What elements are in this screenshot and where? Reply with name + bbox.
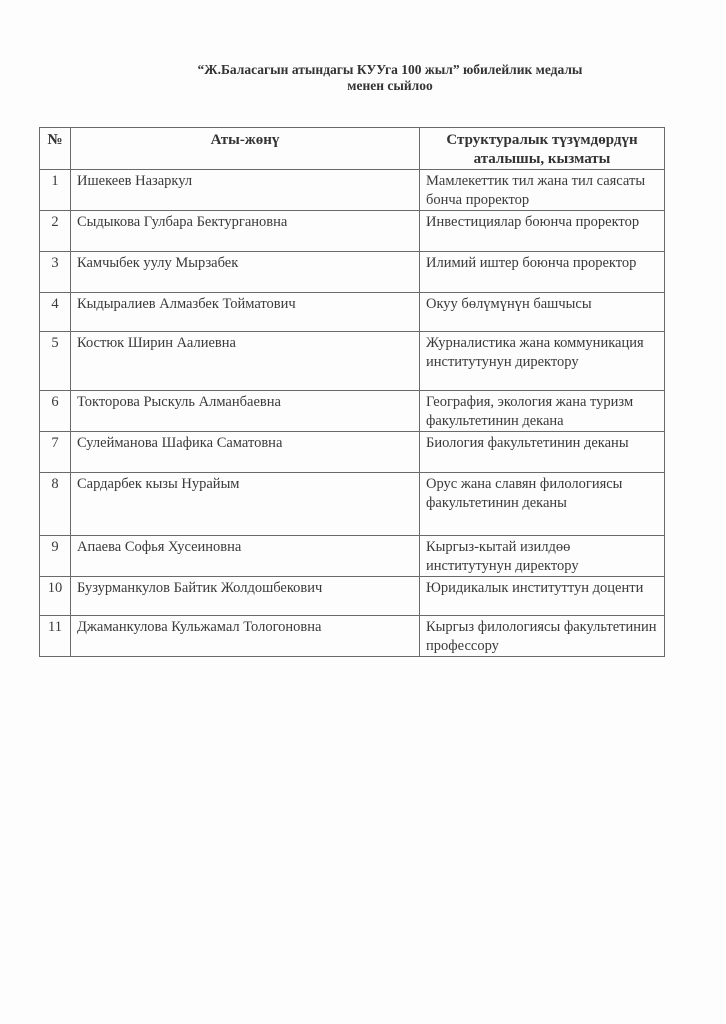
row-number: 10 [40, 577, 71, 616]
row-position: Мамлекеттик тил жана тил саясаты бонча п… [420, 170, 665, 211]
table-row: 6Токторова Рыскуль АлманбаевнаГеография,… [40, 391, 665, 432]
row-full-name: Апаева Софья Хусеиновна [71, 536, 420, 577]
table-row: 1Ишекеев НазаркулМамлекеттик тил жана ти… [40, 170, 665, 211]
row-full-name: Костюк Ширин Аалиевна [71, 332, 420, 391]
table-row: 2Сыдыкова Гулбара БектургановнаИнвестици… [40, 211, 665, 252]
row-full-name: Кыдыралиев Алмазбек Тойматович [71, 293, 420, 332]
row-number: 5 [40, 332, 71, 391]
row-full-name: Токторова Рыскуль Алманбаевна [71, 391, 420, 432]
table-row: 11Джаманкулова Кульжамал ТологоновнаКырг… [40, 616, 665, 657]
row-position: Орус жана славян филологиясы факультетин… [420, 473, 665, 536]
row-position: Илимий иштер боюнча проректор [420, 252, 665, 293]
title-line-2: менен сыйлоо [150, 78, 630, 94]
row-number: 6 [40, 391, 71, 432]
table-row: 10Бузурманкулов Байтик ЖолдошбековичЮрид… [40, 577, 665, 616]
row-number: 8 [40, 473, 71, 536]
table-row: 9Апаева Софья ХусеиновнаКыргыз-кытай изи… [40, 536, 665, 577]
row-number: 7 [40, 432, 71, 473]
row-number: 2 [40, 211, 71, 252]
table-header-row: № Аты-жөнү Структуралык түзүмдөрдүн атал… [40, 128, 665, 170]
document-title: “Ж.Баласагын атындагы КУУга 100 жыл” юби… [150, 62, 630, 94]
table-row: 8Сардарбек кызы НурайымОрус жана славян … [40, 473, 665, 536]
header-number: № [40, 128, 71, 170]
title-line-1: “Ж.Баласагын атындагы КУУга 100 жыл” юби… [150, 62, 630, 78]
row-position: Окуу бөлүмүнүн башчысы [420, 293, 665, 332]
row-full-name: Сардарбек кызы Нурайым [71, 473, 420, 536]
row-full-name: Джаманкулова Кульжамал Тологоновна [71, 616, 420, 657]
row-number: 3 [40, 252, 71, 293]
header-position: Структуралык түзүмдөрдүн аталышы, кызмат… [420, 128, 665, 170]
row-number: 4 [40, 293, 71, 332]
row-position: Биология факультетинин деканы [420, 432, 665, 473]
table-row: 3Камчыбек уулу МырзабекИлимий иштер боюн… [40, 252, 665, 293]
row-number: 1 [40, 170, 71, 211]
row-full-name: Камчыбек уулу Мырзабек [71, 252, 420, 293]
row-full-name: Сыдыкова Гулбара Бектургановна [71, 211, 420, 252]
row-number: 9 [40, 536, 71, 577]
row-position: География, экология жана туризм факульте… [420, 391, 665, 432]
row-position: Кыргыз-кытай изилдөө институтунун директ… [420, 536, 665, 577]
row-full-name: Сулейманова Шафика Саматовна [71, 432, 420, 473]
table-row: 7Сулейманова Шафика СаматовнаБиология фа… [40, 432, 665, 473]
awardees-table: № Аты-жөнү Структуралык түзүмдөрдүн атал… [39, 127, 665, 657]
row-number: 11 [40, 616, 71, 657]
row-position: Юридикалык институттун доценти [420, 577, 665, 616]
row-full-name: Ишекеев Назаркул [71, 170, 420, 211]
row-position: Кыргыз филологиясы факультетинин професс… [420, 616, 665, 657]
table-row: 5Костюк Ширин АалиевнаЖурналистика жана … [40, 332, 665, 391]
row-full-name: Бузурманкулов Байтик Жолдошбекович [71, 577, 420, 616]
header-full-name: Аты-жөнү [71, 128, 420, 170]
row-position: Журналистика жана коммуникация институту… [420, 332, 665, 391]
table-body: 1Ишекеев НазаркулМамлекеттик тил жана ти… [40, 170, 665, 657]
table-row: 4Кыдыралиев Алмазбек ТойматовичОкуу бөлү… [40, 293, 665, 332]
row-position: Инвестициялар боюнча проректор [420, 211, 665, 252]
